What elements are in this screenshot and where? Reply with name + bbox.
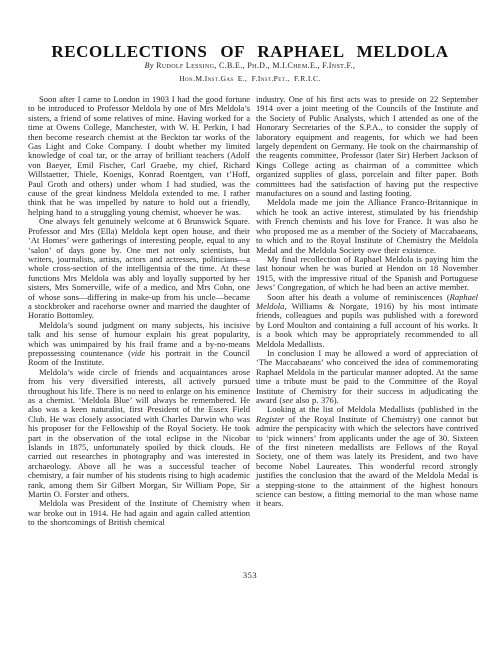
- paragraph: Meldola’s wide circle of friends and acq…: [28, 368, 250, 500]
- paragraph: One always felt genuinely welcome at 6 B…: [28, 217, 250, 320]
- paragraph: Meldola was President of the Institute o…: [28, 499, 250, 527]
- author-credentials-line2: Hon.M.Inst.Gas E., F.Inst.Pet., F.R.I.C.: [0, 74, 500, 83]
- paragraph: Looking at the list of Meldola Medallist…: [256, 405, 478, 508]
- article-title: RECOLLECTIONS OF RAPHAEL MELDOLA: [0, 42, 500, 62]
- journal-page: RECOLLECTIONS OF RAPHAEL MELDOLA By Rudo…: [0, 0, 500, 672]
- paragraph: Soon after I came to London in 1903 I ha…: [28, 95, 250, 217]
- paragraph: industry. One of his first acts was to p…: [256, 95, 478, 198]
- paragraph: In conclusion I may be allowed a word of…: [256, 349, 478, 405]
- right-column: industry. One of his first acts was to p…: [256, 95, 478, 528]
- byline-by-prefix: By: [145, 61, 157, 70]
- author-credentials: , C.B.E., Ph.D., M.I.Chem.E., F.Inst.F.,: [214, 61, 355, 70]
- left-column: Soon after I came to London in 1903 I ha…: [28, 95, 250, 528]
- paragraph: Meldola’s sound judgment on many subject…: [28, 321, 250, 368]
- paragraph: Meldola made me join the Alliance Franco…: [256, 198, 478, 254]
- paragraph: My final recollection of Raphael Meldola…: [256, 255, 478, 293]
- paragraph: Soon after his death a volume of reminis…: [256, 293, 478, 349]
- author-name: Rudolf Lessing: [156, 61, 214, 70]
- byline: By Rudolf Lessing, C.B.E., Ph.D., M.I.Ch…: [0, 61, 500, 70]
- article-body: Soon after I came to London in 1903 I ha…: [28, 95, 478, 528]
- page-number: 353: [0, 570, 500, 580]
